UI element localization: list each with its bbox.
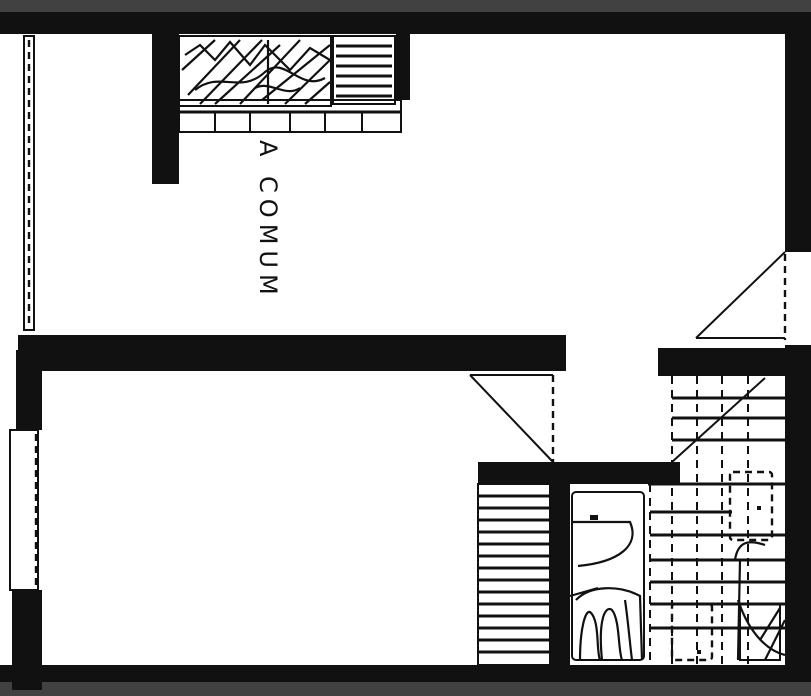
floor-plan: A COMUM — [0, 0, 811, 696]
sink-basin — [572, 522, 633, 566]
sink-scribble — [570, 588, 642, 660]
wall-bath-top — [658, 348, 808, 376]
toilet-tank — [672, 604, 712, 660]
door-entrance-leaf — [696, 252, 785, 338]
door-bedroom-leaf — [470, 375, 553, 462]
faucet-icon — [590, 515, 598, 520]
windows — [10, 36, 38, 590]
wall-top-texture — [0, 0, 811, 12]
wall-kitchen-left — [152, 28, 179, 184]
wall-closet-right — [550, 462, 570, 668]
wall-left-lower-a — [16, 350, 42, 430]
kitchen-counter-tiles — [215, 112, 362, 132]
wall-middle-horizontal — [18, 335, 566, 371]
shower-drain-icon — [757, 506, 761, 510]
room-label-common-area: A COMUM — [254, 140, 282, 301]
kitchenette — [179, 36, 401, 132]
wall-closet-top — [478, 462, 680, 484]
shower-tray — [730, 472, 772, 540]
kitchen-shelf-lines — [336, 46, 392, 96]
kitchen-hatching — [182, 40, 330, 104]
window-left-lower — [10, 430, 38, 590]
wall-left-lower-b — [12, 590, 42, 690]
wall-kitchen-right — [396, 28, 410, 100]
wardrobe — [478, 484, 550, 665]
wardrobe-shelves — [478, 496, 550, 652]
walls — [0, 0, 811, 696]
bathroom-tiles-horizontal — [648, 398, 785, 628]
sink-counter — [572, 492, 644, 660]
wall-right-lower — [785, 345, 811, 665]
toilet-mark — [697, 650, 701, 654]
wall-bottom-texture — [0, 682, 811, 696]
floor-plan-drawing: A COMUM — [0, 0, 811, 696]
bathroom — [570, 376, 785, 665]
wall-right-upper — [785, 20, 811, 252]
door-bathroom-leaf — [672, 378, 765, 462]
wardrobe-outline — [478, 484, 550, 665]
